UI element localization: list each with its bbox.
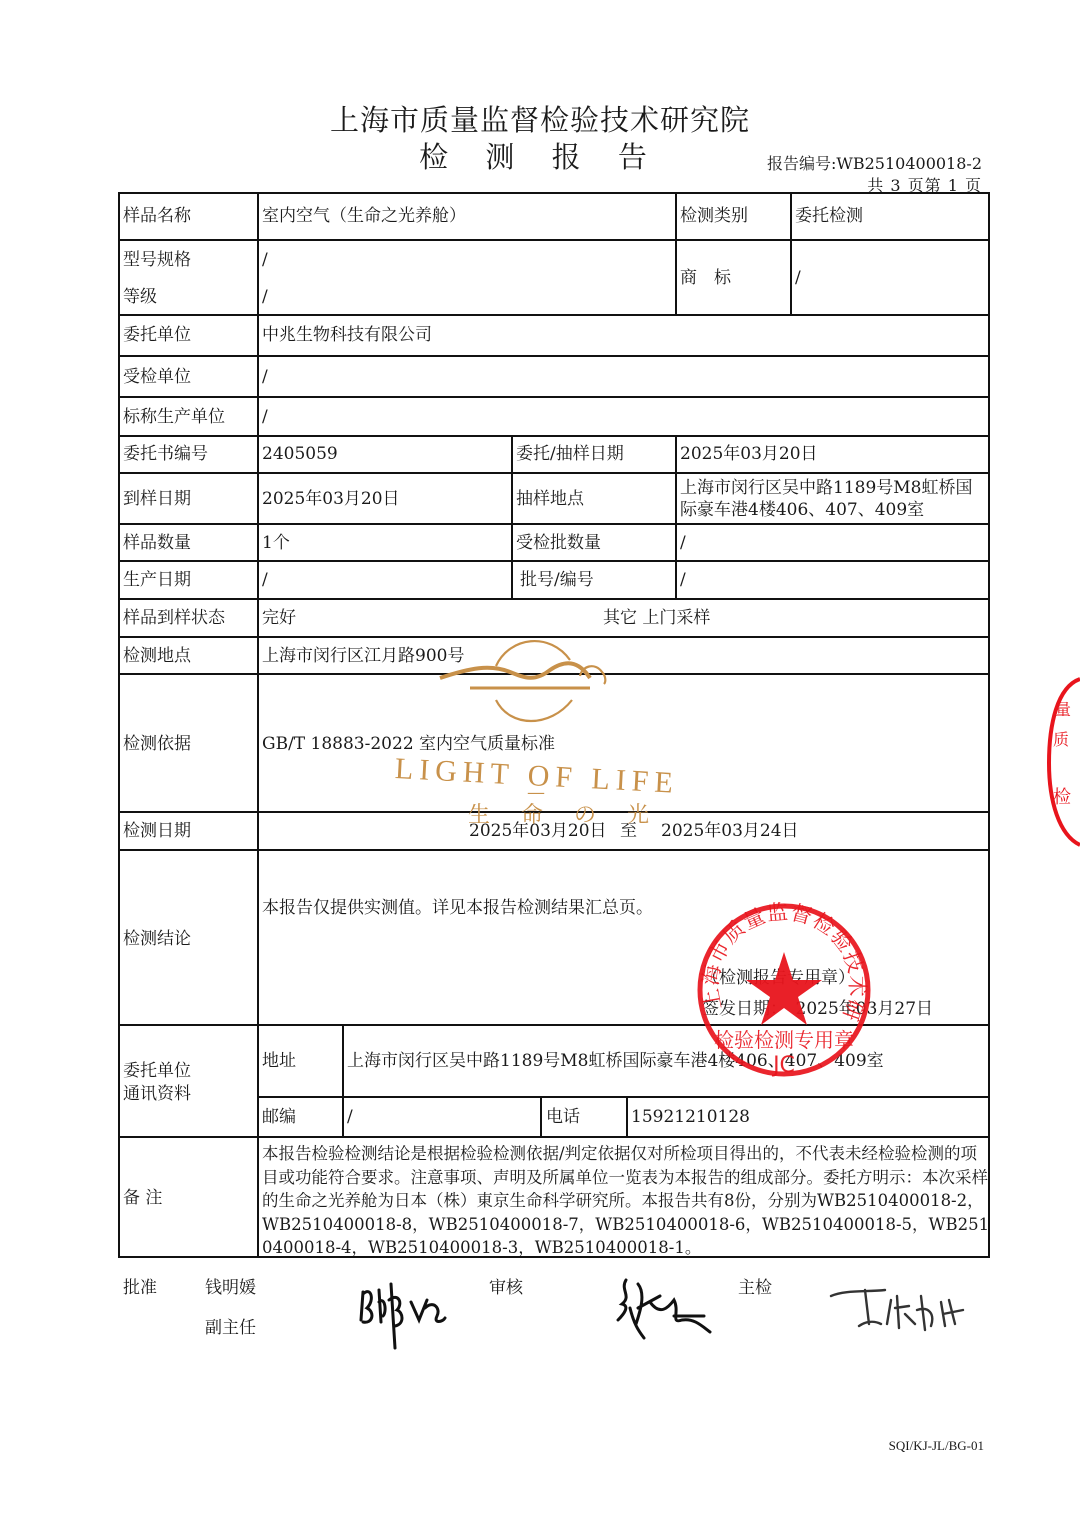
sample-state-value: 完好 (262, 607, 296, 629)
test-date-label: 检测日期 (123, 820, 191, 842)
sample-state-label: 样品到样状态 (123, 607, 225, 629)
batch-no-value: / (680, 569, 686, 591)
report-number-label: 报告编号: (767, 154, 836, 173)
batch-no-label: 批号/编号 (520, 569, 594, 591)
trademark-value: / (795, 267, 801, 289)
approver-name: 钱明媛 (205, 1273, 256, 1298)
inspector-signature (825, 1280, 975, 1340)
sample-state-other: 其它 上门采样 (603, 607, 710, 629)
batch-qty-value: / (680, 532, 686, 554)
sample-qty-value: 1个 (262, 532, 290, 554)
svg-text:检: 检 (1053, 787, 1071, 808)
sample-qty-label: 样品数量 (123, 532, 191, 554)
approve-label: 批准 (123, 1273, 157, 1298)
svg-text:检验检测专用章: 检验检测专用章 (714, 1028, 854, 1052)
batch-qty-label: 受检批数量 (516, 532, 601, 554)
sample-name-label: 样品名称 (123, 205, 191, 227)
paging-seal-icon: 量 质 检 (1045, 675, 1080, 850)
sampling-place-line2: 际豪车港4楼406、407、409室 (680, 499, 924, 521)
test-location-label: 检测地点 (123, 645, 191, 667)
grade-label: 等级 (123, 286, 157, 308)
approver-title: 副主任 (205, 1313, 256, 1338)
commission-date-value: 2025年03月20日 (680, 443, 818, 465)
contact-label-line1: 委托单位 (123, 1060, 191, 1082)
client-label: 委托单位 (123, 324, 191, 346)
approver-signature (355, 1272, 455, 1352)
inspected-unit-label: 受检单位 (123, 366, 191, 388)
watermark-text-cn: 生 命 の 光 (468, 798, 661, 829)
manufacturer-label: 标称生产单位 (123, 406, 225, 428)
commission-no-value: 2405059 (262, 443, 338, 465)
svg-text:量: 量 (1055, 700, 1071, 719)
grade-value: / (262, 286, 268, 308)
review-label: 审核 (489, 1273, 523, 1298)
client-value: 中兆生物科技有限公司 (262, 324, 432, 346)
svg-text:质: 质 (1053, 730, 1069, 749)
arrival-date-label: 到样日期 (123, 488, 191, 510)
postcode-label: 邮编 (262, 1106, 296, 1128)
main-inspector-label: 主检 (738, 1273, 772, 1298)
official-seal-icon: 上海市质量监督检验技术研究院 检验检测专用章 JC (694, 900, 874, 1080)
institute-title: 上海市质量监督检验技术研究院 (0, 98, 1080, 139)
contact-label-line2: 通讯资料 (123, 1083, 191, 1105)
remark-label: 备 注 (123, 1187, 162, 1209)
light-of-life-logo-icon (430, 628, 620, 728)
reviewer-signature (610, 1268, 720, 1348)
arrival-date-value: 2025年03月20日 (262, 488, 400, 510)
commission-date-label: 委托/抽样日期 (516, 443, 624, 465)
manufacturer-value: / (262, 406, 268, 428)
model-spec-value: / (262, 249, 268, 271)
inspected-unit-value: / (262, 366, 268, 388)
production-date-value: / (262, 569, 268, 591)
report-number: 报告编号:WB2510400018-2 (767, 151, 982, 174)
test-type-label: 检测类别 (680, 205, 748, 227)
test-type-value: 委托检测 (795, 205, 863, 227)
remark-text: 本报告检验检测结论是根据检验检测依据/判定依据仅对所检项目得出的，不代表未经检验… (262, 1142, 990, 1260)
conclusion-value: 本报告仅提供实测值。详见本报告检测结果汇总页。 (262, 897, 653, 919)
form-code: SQI/KJ-JL/BG-01 (889, 1438, 984, 1454)
sampling-place-line1: 上海市闵行区吴中路1189号M8虹桥国 (680, 477, 973, 499)
model-spec-label: 型号规格 (123, 249, 191, 271)
conclusion-label: 检测结论 (123, 928, 191, 950)
test-basis-label: 检测依据 (123, 733, 191, 755)
trademark-label: 商 标 (680, 267, 731, 289)
production-date-label: 生产日期 (123, 569, 191, 591)
phone-value: 15921210128 (631, 1106, 750, 1128)
test-date-to: 2025年03月24日 (661, 820, 799, 842)
commission-no-label: 委托书编号 (123, 443, 208, 465)
sample-name-value: 室内空气（生命之光养舱） (262, 205, 466, 227)
phone-label: 电话 (546, 1106, 580, 1128)
postcode-value: / (347, 1106, 353, 1128)
report-number-value: WB2510400018-2 (836, 154, 982, 173)
sampling-place-label: 抽样地点 (516, 488, 584, 510)
address-label: 地址 (262, 1050, 296, 1072)
svg-text:JC: JC (771, 1053, 795, 1078)
